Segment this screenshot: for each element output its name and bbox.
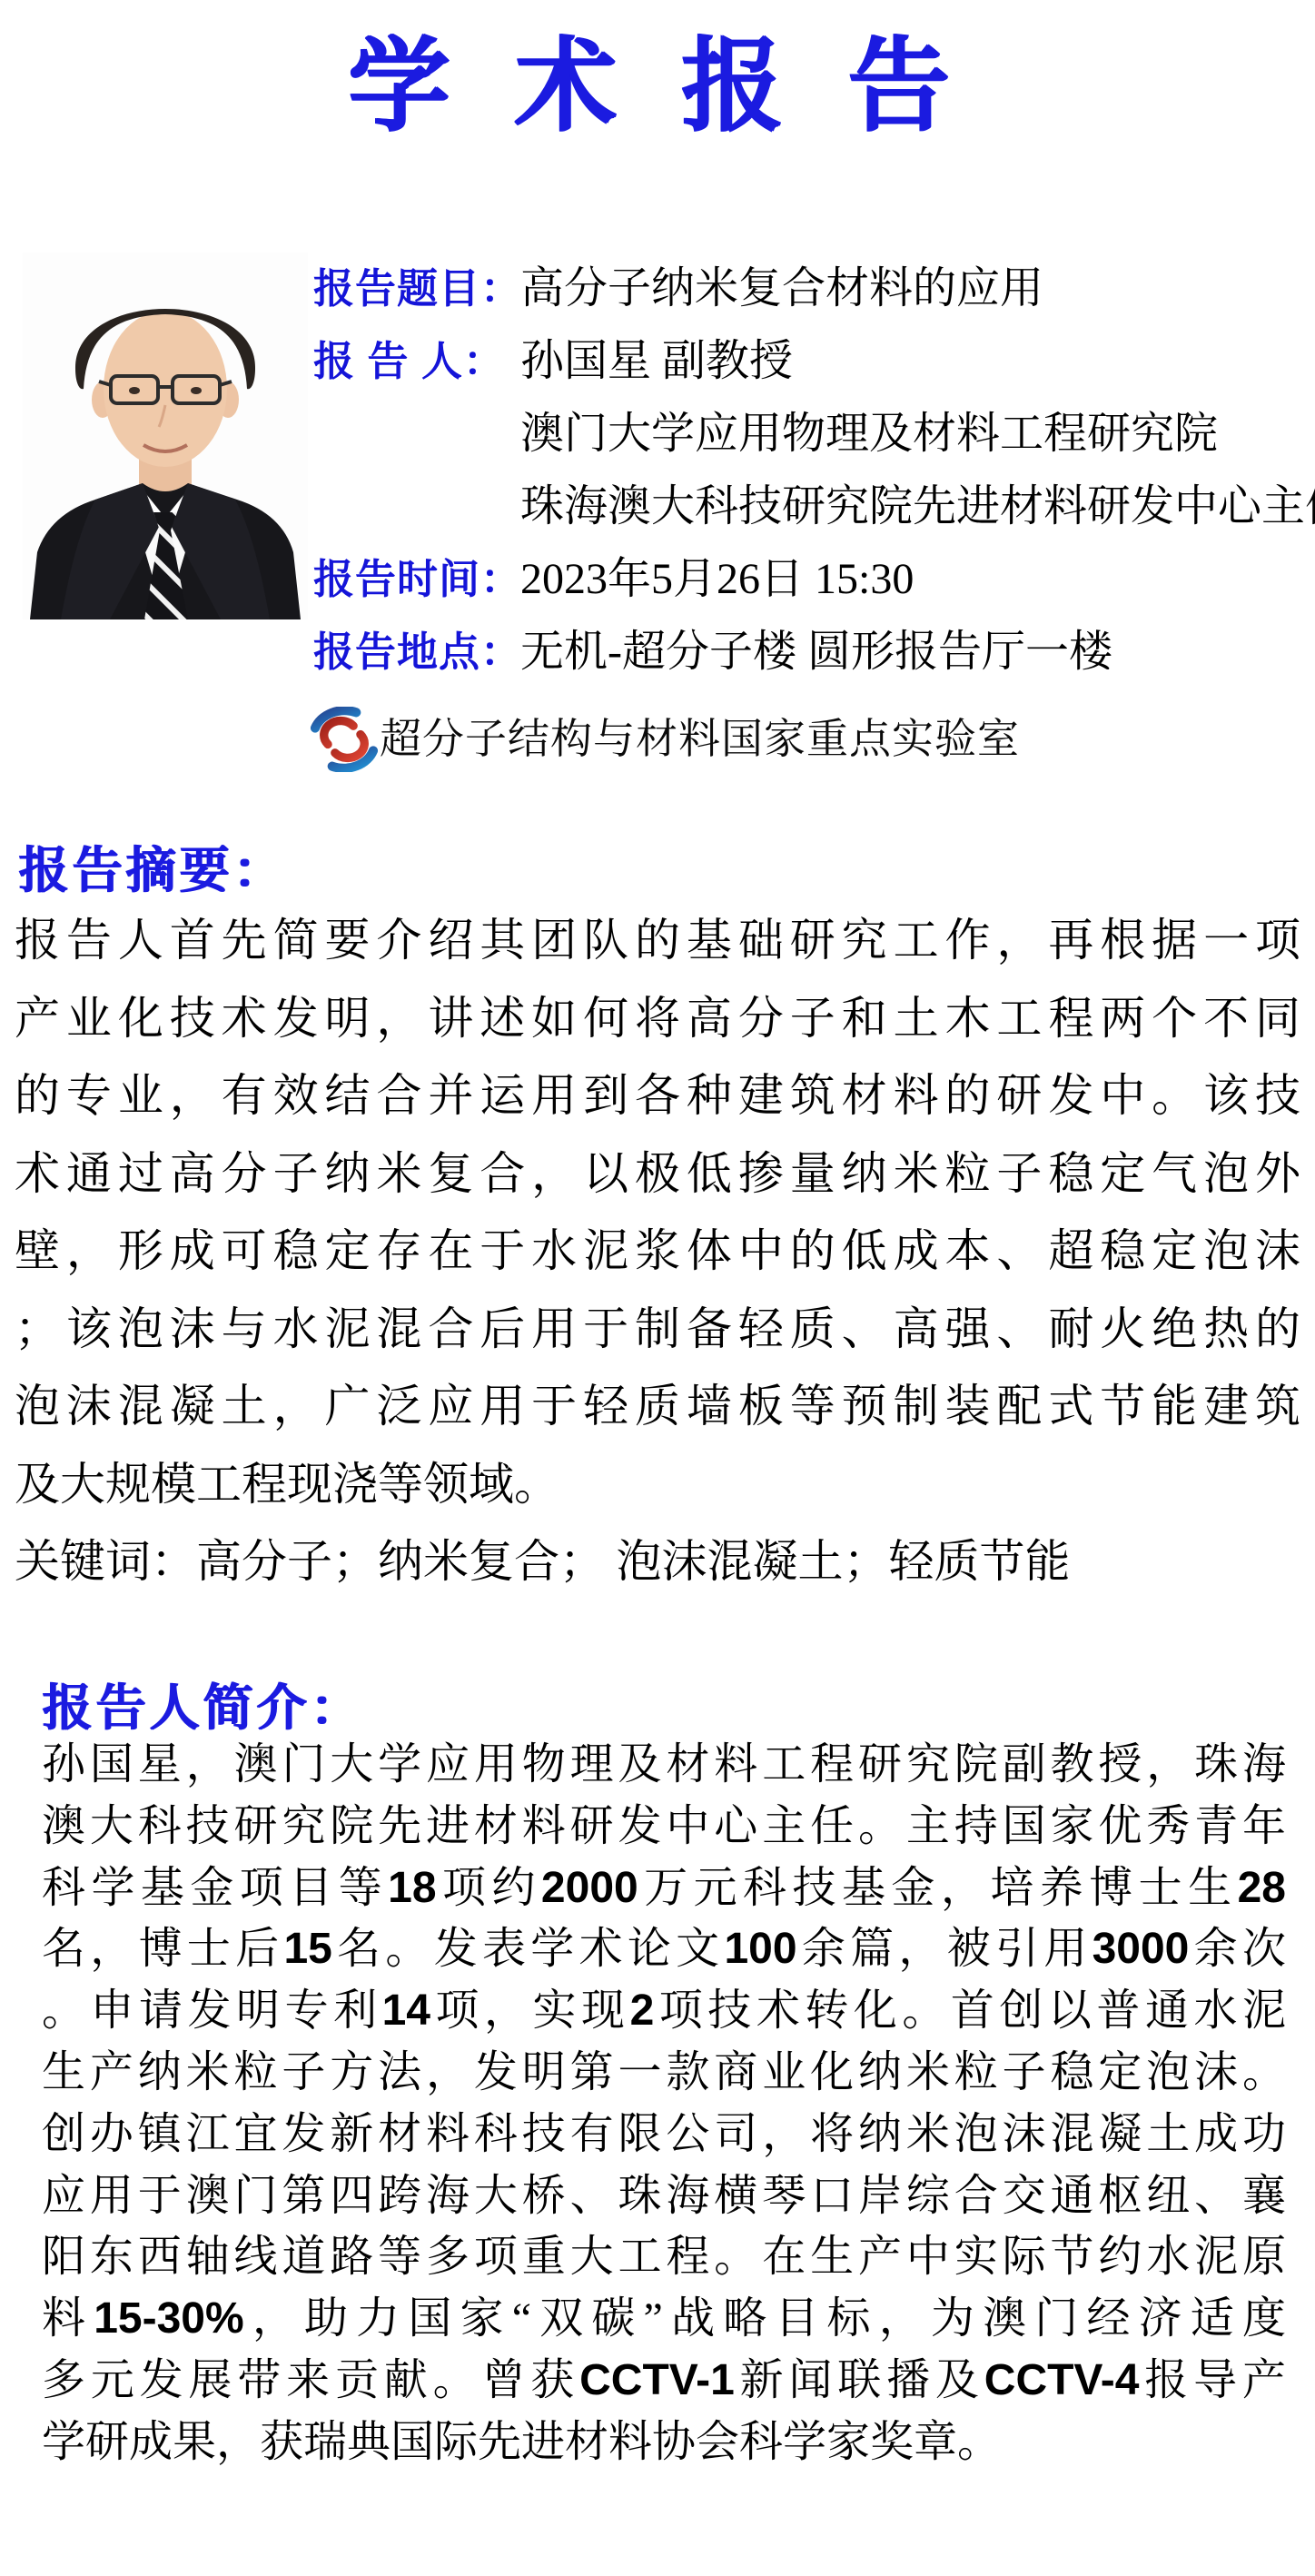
speaker-value: 孙国星 副教授	[520, 334, 793, 389]
info-row-affiliation-2: 珠海澳大科技研究院先进材料研发中心主任	[313, 480, 1315, 534]
location-label: 报告地点：	[313, 625, 520, 679]
keywords-line: 关键词：高分子；纳米复合； 泡沫混凝土；轻质节能	[15, 1532, 1300, 1590]
affiliation-1-value: 澳门大学应用物理及材料工程研究院	[520, 407, 1218, 461]
abstract-line: 壁，形成可稳定存在于水泥浆体中的低成本、超稳定泡沫	[15, 1222, 1300, 1280]
bio-heading: 报告人简介：	[42, 1675, 363, 1740]
info-row-topic: 报告题目： 高分子纳米复合材料的应用	[313, 262, 1043, 316]
bio-line: 料15-30%，助力国家“双碳”战略目标，为澳门经济适度	[42, 2292, 1286, 2346]
speaker-portrait-illustration	[23, 253, 308, 619]
time-value: 2023年5月26日 15:30	[520, 552, 914, 607]
time-label: 报告时间：	[313, 552, 520, 607]
lab-name: 超分子结构与材料国家重点实验室	[380, 707, 1020, 772]
topic-value: 高分子纳米复合材料的应用	[520, 262, 1043, 316]
abstract-line: 术通过高分子纳米复合，以极低掺量纳米粒子稳定气泡外	[15, 1144, 1300, 1203]
lecture-announcement-page: 学 术 报 告	[0, 0, 1315, 2576]
bio-line: 创办镇江宜发新材料科技有限公司，将纳米泡沫混凝土成功	[42, 2107, 1286, 2162]
abstract-line: 泡沫混凝土，广泛应用于轻质墙板等预制装配式节能建筑	[15, 1377, 1300, 1435]
bio-line: 学研成果，获瑞典国际先进材料协会科学家奖章。	[42, 2415, 1286, 2470]
lab-identity: 超分子结构与材料国家重点实验室	[309, 707, 1020, 772]
info-row-affiliation-1: 澳门大学应用物理及材料工程研究院	[313, 407, 1218, 461]
info-row-speaker: 报 告 人： 孙国星 副教授	[313, 334, 793, 389]
bio-line: 。申请发明专利14项，实现2项技术转化。首创以普通水泥	[42, 1984, 1286, 2038]
bio-line: 名，博士后15名。发表学术论文100余篇，被引用3000余次	[42, 1922, 1286, 1977]
abstract-line: ；该泡沫与水泥混合后用于制备轻质、高强、耐火绝热的	[15, 1300, 1300, 1358]
location-value: 无机-超分子楼 圆形报告厅一楼	[520, 625, 1112, 679]
page-title: 学 术 报 告	[0, 18, 1315, 154]
bio-line: 多元发展带来贡献。曾获CCTV-1新闻联播及CCTV-4报导产	[42, 2353, 1286, 2408]
abstract-line: 的专业，有效结合并运用到各种建筑材料的研发中。该技	[15, 1066, 1300, 1125]
bio-line: 孙国星，澳门大学应用物理及材料工程研究院副教授，珠海	[42, 1738, 1286, 1792]
abstract-line: 产业化技术发明，讲述如何将高分子和土木工程两个不同	[15, 989, 1300, 1047]
bio-line: 科学基金项目等18项约2000万元科技基金，培养博士生28	[42, 1861, 1286, 1916]
topic-label: 报告题目：	[313, 262, 520, 316]
bio-line: 生产纳米粒子方法，发明第一款商业化纳米粒子稳定泡沫。	[42, 2046, 1286, 2100]
speaker-photo	[23, 253, 308, 619]
abstract-heading: 报告摘要：	[18, 837, 286, 903]
abstract-line: 报告人首先简要介绍其团队的基础研究工作，再根据一项	[15, 911, 1300, 969]
bio-line: 澳大科技研究院先进材料研发中心主任。主持国家优秀青年	[42, 1799, 1286, 1854]
bio-line: 阳东西轴线道路等多项重大工程。在生产中实际节约水泥原	[42, 2230, 1286, 2284]
abstract-line: 及大规模工程现浇等领域。	[15, 1455, 1300, 1513]
bio-line: 应用于澳门第四跨海大桥、珠海横琴口岸综合交通枢纽、襄	[42, 2169, 1286, 2224]
supramolecular-lab-logo-icon	[309, 707, 380, 772]
affiliation-2-value: 珠海澳大科技研究院先进材料研发中心主任	[520, 480, 1315, 534]
info-row-time: 报告时间： 2023年5月26日 15:30	[313, 552, 914, 607]
speaker-label: 报 告 人：	[313, 334, 520, 389]
info-row-location: 报告地点： 无机-超分子楼 圆形报告厅一楼	[313, 625, 1112, 679]
